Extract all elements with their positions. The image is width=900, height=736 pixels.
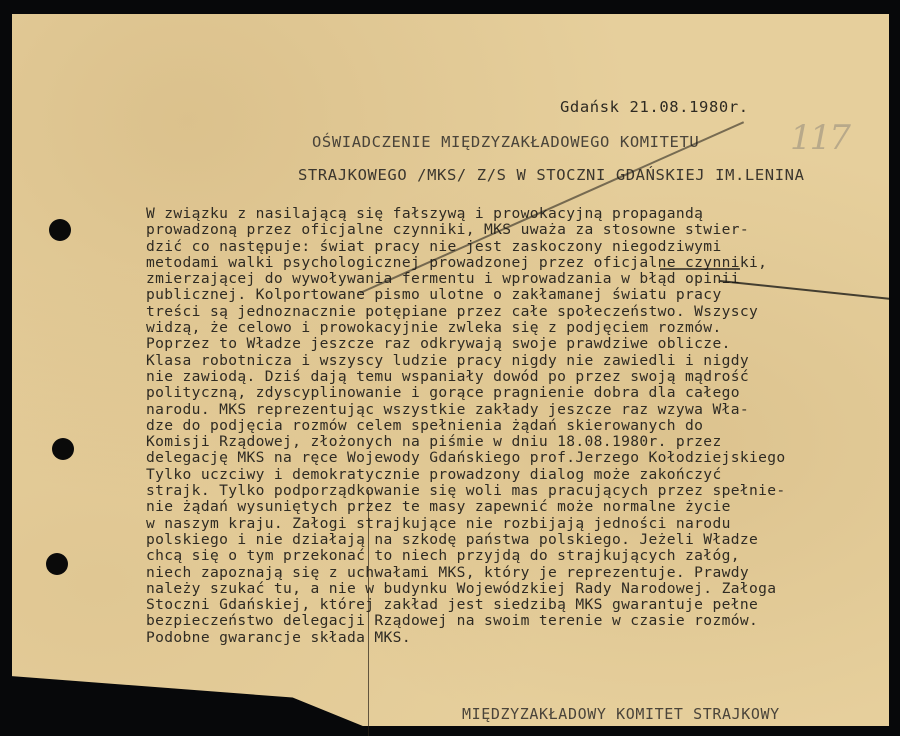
- body-line: delegację MKS na ręce Wojewody Gdańskieg…: [146, 450, 886, 466]
- body-line: nie zawiodą. Dziś dają temu wspaniały do…: [146, 369, 886, 385]
- body-line: polityczną, zdyscyplinowanie i gorące pr…: [146, 385, 886, 401]
- body-line: chcą się o tym przekonać to niech przyjd…: [146, 548, 886, 564]
- document-title-line-1: OŚWIADCZENIE MIĘDZYZAKŁADOWEGO KOMITETU: [312, 133, 699, 151]
- signature-line: MIĘDZYZAKŁADOWY KOMITET STRAJKOWY: [462, 705, 780, 723]
- body-line: Poprzez to Władze jeszcze raz odkrywają …: [146, 336, 886, 352]
- body-line: nie żądań wysuniętych przez te masy zape…: [146, 499, 886, 515]
- punch-hole: [49, 219, 71, 241]
- document-body: W związku z nasilającą się fałszywą i pr…: [146, 206, 886, 646]
- body-line: publicznej. Kolportowane pismo ulotne o …: [146, 287, 886, 303]
- body-line: niech zapoznają się z uchwałami MKS, któ…: [146, 565, 886, 581]
- archive-number: 117: [790, 118, 849, 158]
- body-line: widzą, że celowo i prowokacyjnie zwleka …: [146, 320, 886, 336]
- document-title-line-2: STRAJKOWEGO /MKS/ Z/S W STOCZNI GDAŃSKIE…: [298, 166, 805, 184]
- body-line: W związku z nasilającą się fałszywą i pr…: [146, 206, 886, 222]
- body-line: dze do podjęcia rozmów celem spełnienia …: [146, 418, 886, 434]
- body-line: Podobne gwarancje składa MKS.: [146, 630, 886, 646]
- body-line: narodu. MKS reprezentując wszystkie zakł…: [146, 402, 886, 418]
- body-line: Stoczni Gdańskiej, której zakład jest si…: [146, 597, 886, 613]
- body-line: Tylko uczciwy i demokratycznie prowadzon…: [146, 467, 886, 483]
- body-line: metodami walki psychologicznej prowadzon…: [146, 255, 886, 271]
- body-line: Komisji Rządowej, złożonych na piśmie w …: [146, 434, 886, 450]
- pen-stroke: [660, 268, 740, 270]
- body-line: treści są jednoznacznie potępiane przez …: [146, 304, 886, 320]
- document-date: Gdańsk 21.08.1980r.: [560, 98, 749, 116]
- body-line: dzić co następuje: świat pracy nie jest …: [146, 239, 886, 255]
- fold-line: [368, 490, 369, 736]
- body-line: Klasa robotnicza i wszyscy ludzie pracy …: [146, 353, 886, 369]
- punch-hole: [46, 553, 68, 575]
- scanned-document: Gdańsk 21.08.1980r. 117 OŚWIADCZENIE MIĘ…: [0, 0, 900, 736]
- body-line: należy szukać tu, a nie w budynku Wojewó…: [146, 581, 886, 597]
- body-line: prowadzoną przez oficjalne czynniki, MKS…: [146, 222, 886, 238]
- body-line: w naszym kraju. Załogi strajkujące nie r…: [146, 516, 886, 532]
- body-line: strajk. Tylko podporządkowanie się woli …: [146, 483, 886, 499]
- body-line: bezpieczeństwo delegacji Rządowej na swo…: [146, 613, 886, 629]
- body-line: polskiego i nie działają na szkodę państ…: [146, 532, 886, 548]
- punch-hole: [52, 438, 74, 460]
